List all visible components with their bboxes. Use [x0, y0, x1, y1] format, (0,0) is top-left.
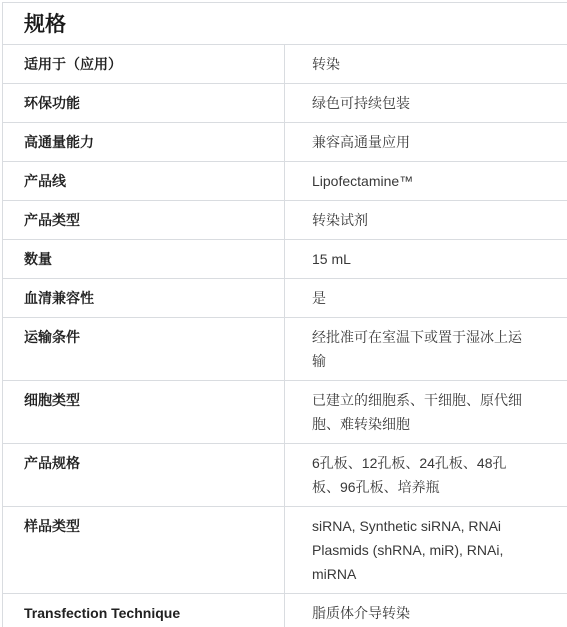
table-row: 血清兼容性 是	[3, 279, 567, 318]
spec-table-body: 适用于（应用） 转染 环保功能 绿色可持续包装 高通量能力 兼容高通量应用 产品…	[3, 45, 567, 627]
spec-value: 经批准可在室温下或置于湿冰上运 输	[285, 318, 567, 380]
spec-label: 细胞类型	[3, 381, 285, 443]
spec-value: Lipofectamine™	[285, 162, 567, 200]
spec-value: 绿色可持续包装	[285, 84, 567, 122]
spec-label: 高通量能力	[3, 123, 285, 161]
table-row: 运输条件 经批准可在室温下或置于湿冰上运 输	[3, 318, 567, 381]
page-title: 规格	[24, 14, 544, 36]
spec-label: 环保功能	[3, 84, 285, 122]
spec-label: 产品类型	[3, 201, 285, 239]
spec-label: 血清兼容性	[3, 279, 285, 317]
spec-label: 运输条件	[3, 318, 285, 380]
table-row: 适用于（应用） 转染	[3, 45, 567, 84]
spec-value: 兼容高通量应用	[285, 123, 567, 161]
table-row: 数量 15 mL	[3, 240, 567, 279]
spec-label: 适用于（应用）	[3, 45, 285, 83]
spec-value: siRNA, Synthetic siRNA, RNAi Plasmids (s…	[285, 507, 567, 593]
spec-value: 转染	[285, 45, 567, 83]
spec-value: 已建立的细胞系、干细胞、原代细 胞、难转染细胞	[285, 381, 567, 443]
spec-label: 产品线	[3, 162, 285, 200]
section-header: 规格	[3, 3, 567, 45]
spec-value: 15 mL	[285, 240, 567, 278]
table-row: 高通量能力 兼容高通量应用	[3, 123, 567, 162]
table-row: 样品类型 siRNA, Synthetic siRNA, RNAi Plasmi…	[3, 507, 567, 594]
spec-label: Transfection Technique	[3, 594, 285, 627]
spec-label: 样品类型	[3, 507, 285, 593]
table-row: 环保功能 绿色可持续包装	[3, 84, 567, 123]
spec-value: 是	[285, 279, 567, 317]
table-row: 产品规格 6孔板、12孔板、24孔板、48孔 板、96孔板、培养瓶	[3, 444, 567, 507]
spec-label: 数量	[3, 240, 285, 278]
specifications-card: 规格 适用于（应用） 转染 环保功能 绿色可持续包装 高通量能力 兼容高通量应用…	[2, 2, 567, 627]
spec-label: 产品规格	[3, 444, 285, 506]
spec-value: 脂质体介导转染	[285, 594, 567, 627]
spec-value: 6孔板、12孔板、24孔板、48孔 板、96孔板、培养瓶	[285, 444, 567, 506]
table-row: Transfection Technique 脂质体介导转染	[3, 594, 567, 627]
table-row: 产品类型 转染试剂	[3, 201, 567, 240]
spec-value: 转染试剂	[285, 201, 567, 239]
table-row: 细胞类型 已建立的细胞系、干细胞、原代细 胞、难转染细胞	[3, 381, 567, 444]
table-row: 产品线 Lipofectamine™	[3, 162, 567, 201]
